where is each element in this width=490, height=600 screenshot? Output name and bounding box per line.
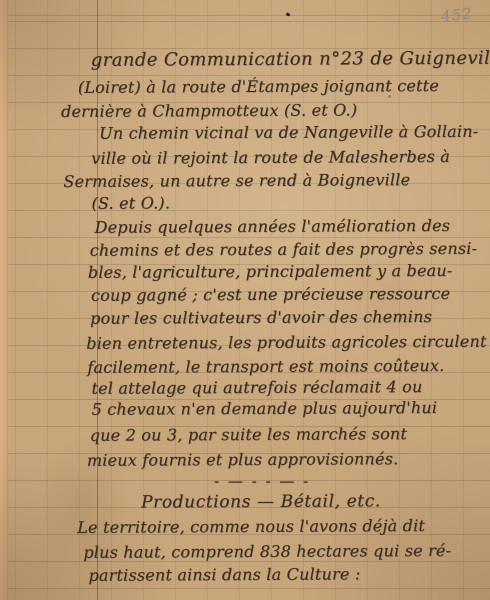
manuscript-line: pour les cultivateurs d'avoir des chemin… [90, 307, 432, 329]
section-heading: Productions — Bétail, etc. [141, 491, 381, 512]
manuscript-line: que 2 ou 3, par suite les marchés sont [90, 424, 407, 446]
section-separator-dashes: - — - - — - [214, 472, 310, 490]
manuscript-line: Depuis quelques années l'amélioration de… [95, 216, 451, 238]
manuscript-line: (S. et O.). [91, 193, 170, 213]
manuscript-text-layer: grande Communication n°23 de Guigneville… [0, 0, 490, 600]
manuscript-line: Un chemin vicinal va de Nangeville à Gol… [99, 122, 478, 144]
manuscript-line: ville où il rejoint la route de Malesher… [91, 147, 450, 169]
manuscript-line: grande Communication n°23 de Guigneville [91, 49, 490, 71]
manuscript-line: tel attelage qui autrefois réclamait 4 o… [91, 377, 422, 399]
manuscript-line: dernière à Champmotteux (S. et O.) [61, 100, 357, 122]
manuscript-line: coup gagné ; c'est une précieuse ressour… [91, 284, 450, 306]
manuscript-page: 452 grande Communication n°23 de Guignev… [0, 0, 490, 600]
manuscript-line: (Loiret) à la route d'Étampes joignant c… [78, 76, 439, 98]
manuscript-line: facilement, le transport est moins coûte… [87, 356, 444, 378]
manuscript-line: Sermaises, un autre se rend à Boignevill… [63, 170, 410, 192]
ink-speck [388, 95, 391, 98]
manuscript-line: bien entretenus, les produits agricoles … [86, 332, 486, 354]
manuscript-line: partissent ainsi dans la Culture : [88, 564, 360, 585]
manuscript-line: plus haut, comprend 838 hectares qui se … [83, 541, 451, 563]
manuscript-line: chemins et des routes a fait des progrès… [90, 239, 478, 261]
manuscript-line: bles, l'agriculture, principalement y a … [88, 261, 453, 283]
manuscript-line: mieux fournis et plus approvisionnés. [87, 449, 399, 471]
manuscript-line: Le territoire, comme nous l'avons déjà d… [77, 516, 425, 538]
manuscript-line: 5 chevaux n'en demande plus aujourd'hui [92, 398, 438, 420]
